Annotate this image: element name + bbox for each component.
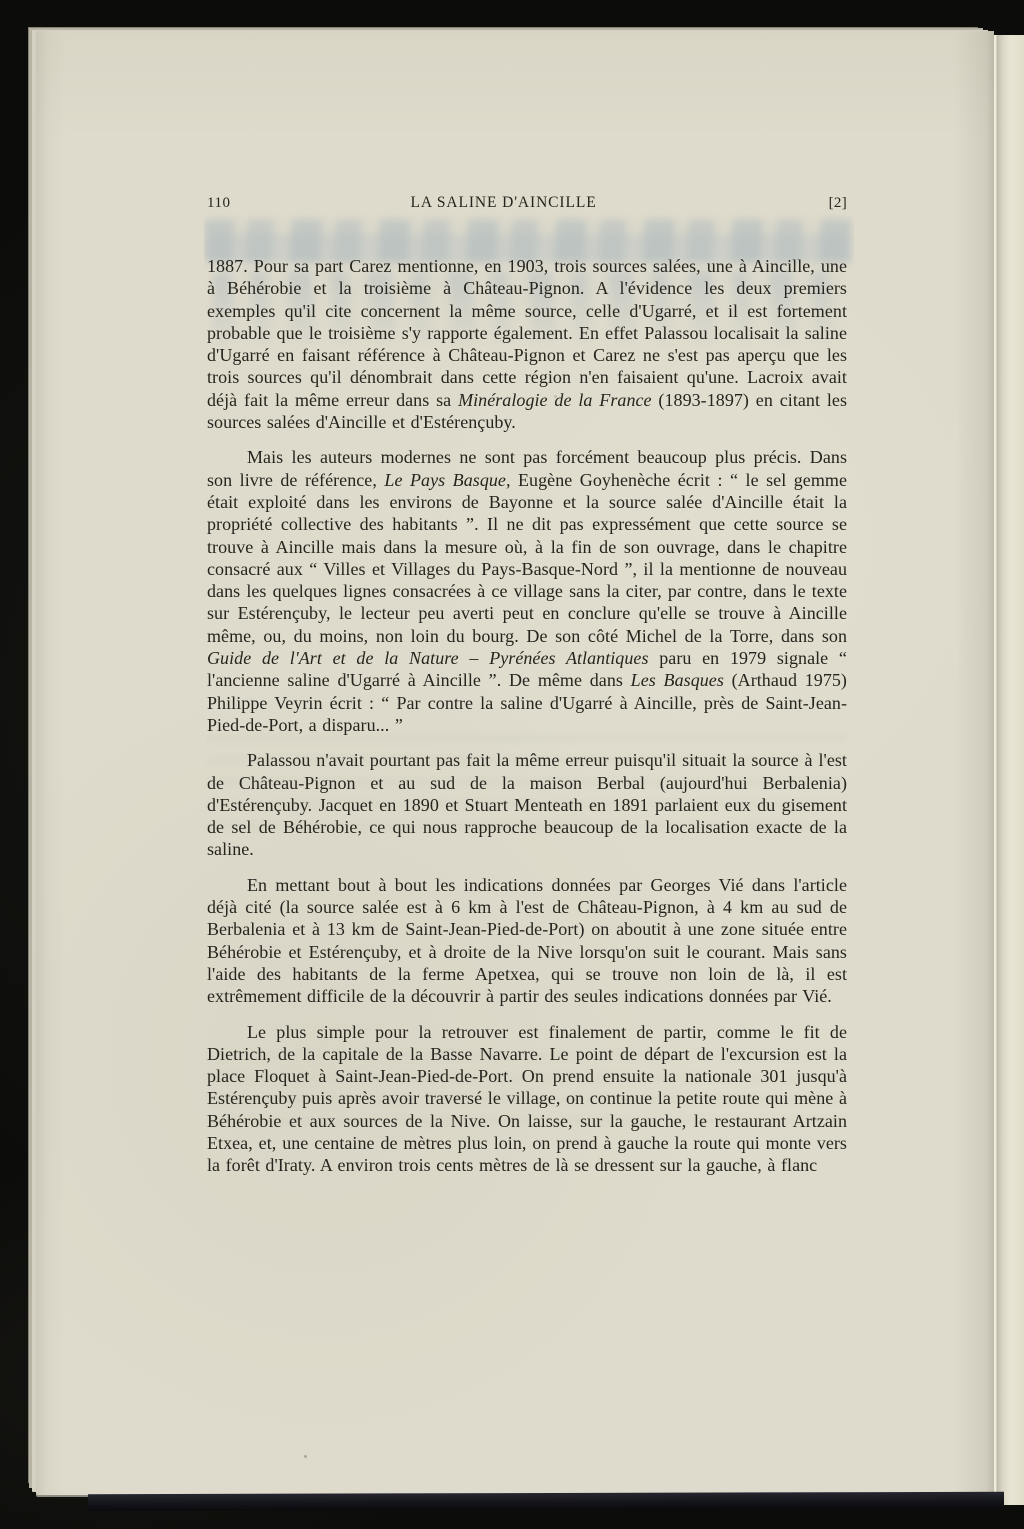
page-number: 110 (207, 195, 230, 212)
text-run: 1887. Pour sa part Carez mentionne, en 1… (207, 256, 847, 410)
italic-text-run: Les Basques (631, 670, 724, 690)
paragraph: 1887. Pour sa part Carez mentionne, en 1… (207, 255, 847, 433)
text-run: Le plus simple pour la retrouver est fin… (207, 1022, 847, 1176)
scanner-background: { "colors": { "paper": "#dfdbcc", "ink":… (0, 0, 1024, 1529)
paragraph: Le plus simple pour la retrouver est fin… (207, 1021, 847, 1177)
italic-text-run: Le Pays Basque, (384, 470, 510, 490)
text-run: Palassou n'avait pourtant pas fait la mê… (207, 750, 847, 859)
paragraph: Palassou n'avait pourtant pas fait la mê… (207, 749, 847, 860)
paragraph: Mais les auteurs modernes ne sont pas fo… (207, 446, 847, 736)
body-text: 1887. Pour sa part Carez mentionne, en 1… (207, 255, 847, 1190)
italic-text-run: Minéralogie de la France (458, 390, 652, 410)
page-header: 110 LA SALINE D'AINCILLE [2] (207, 194, 847, 212)
gutter-facing-page (994, 35, 1024, 1505)
paper-speck (304, 1455, 307, 1458)
paragraph: En mettant bout à bout les indications d… (207, 874, 847, 1008)
running-title: LA SALINE D'AINCILLE (410, 194, 596, 212)
text-run: Eugène Goyhenèche écrit : “ le sel gemme… (207, 470, 847, 646)
book-page: 110 LA SALINE D'AINCILLE [2] 1887. Pour … (36, 31, 994, 1495)
text-run: En mettant bout à bout les indications d… (207, 875, 847, 1006)
margin-reference: [2] (829, 195, 847, 212)
book-cover-edge (88, 1492, 1004, 1511)
italic-text-run: Guide de l'Art et de la Nature – Pyrénée… (207, 648, 649, 668)
